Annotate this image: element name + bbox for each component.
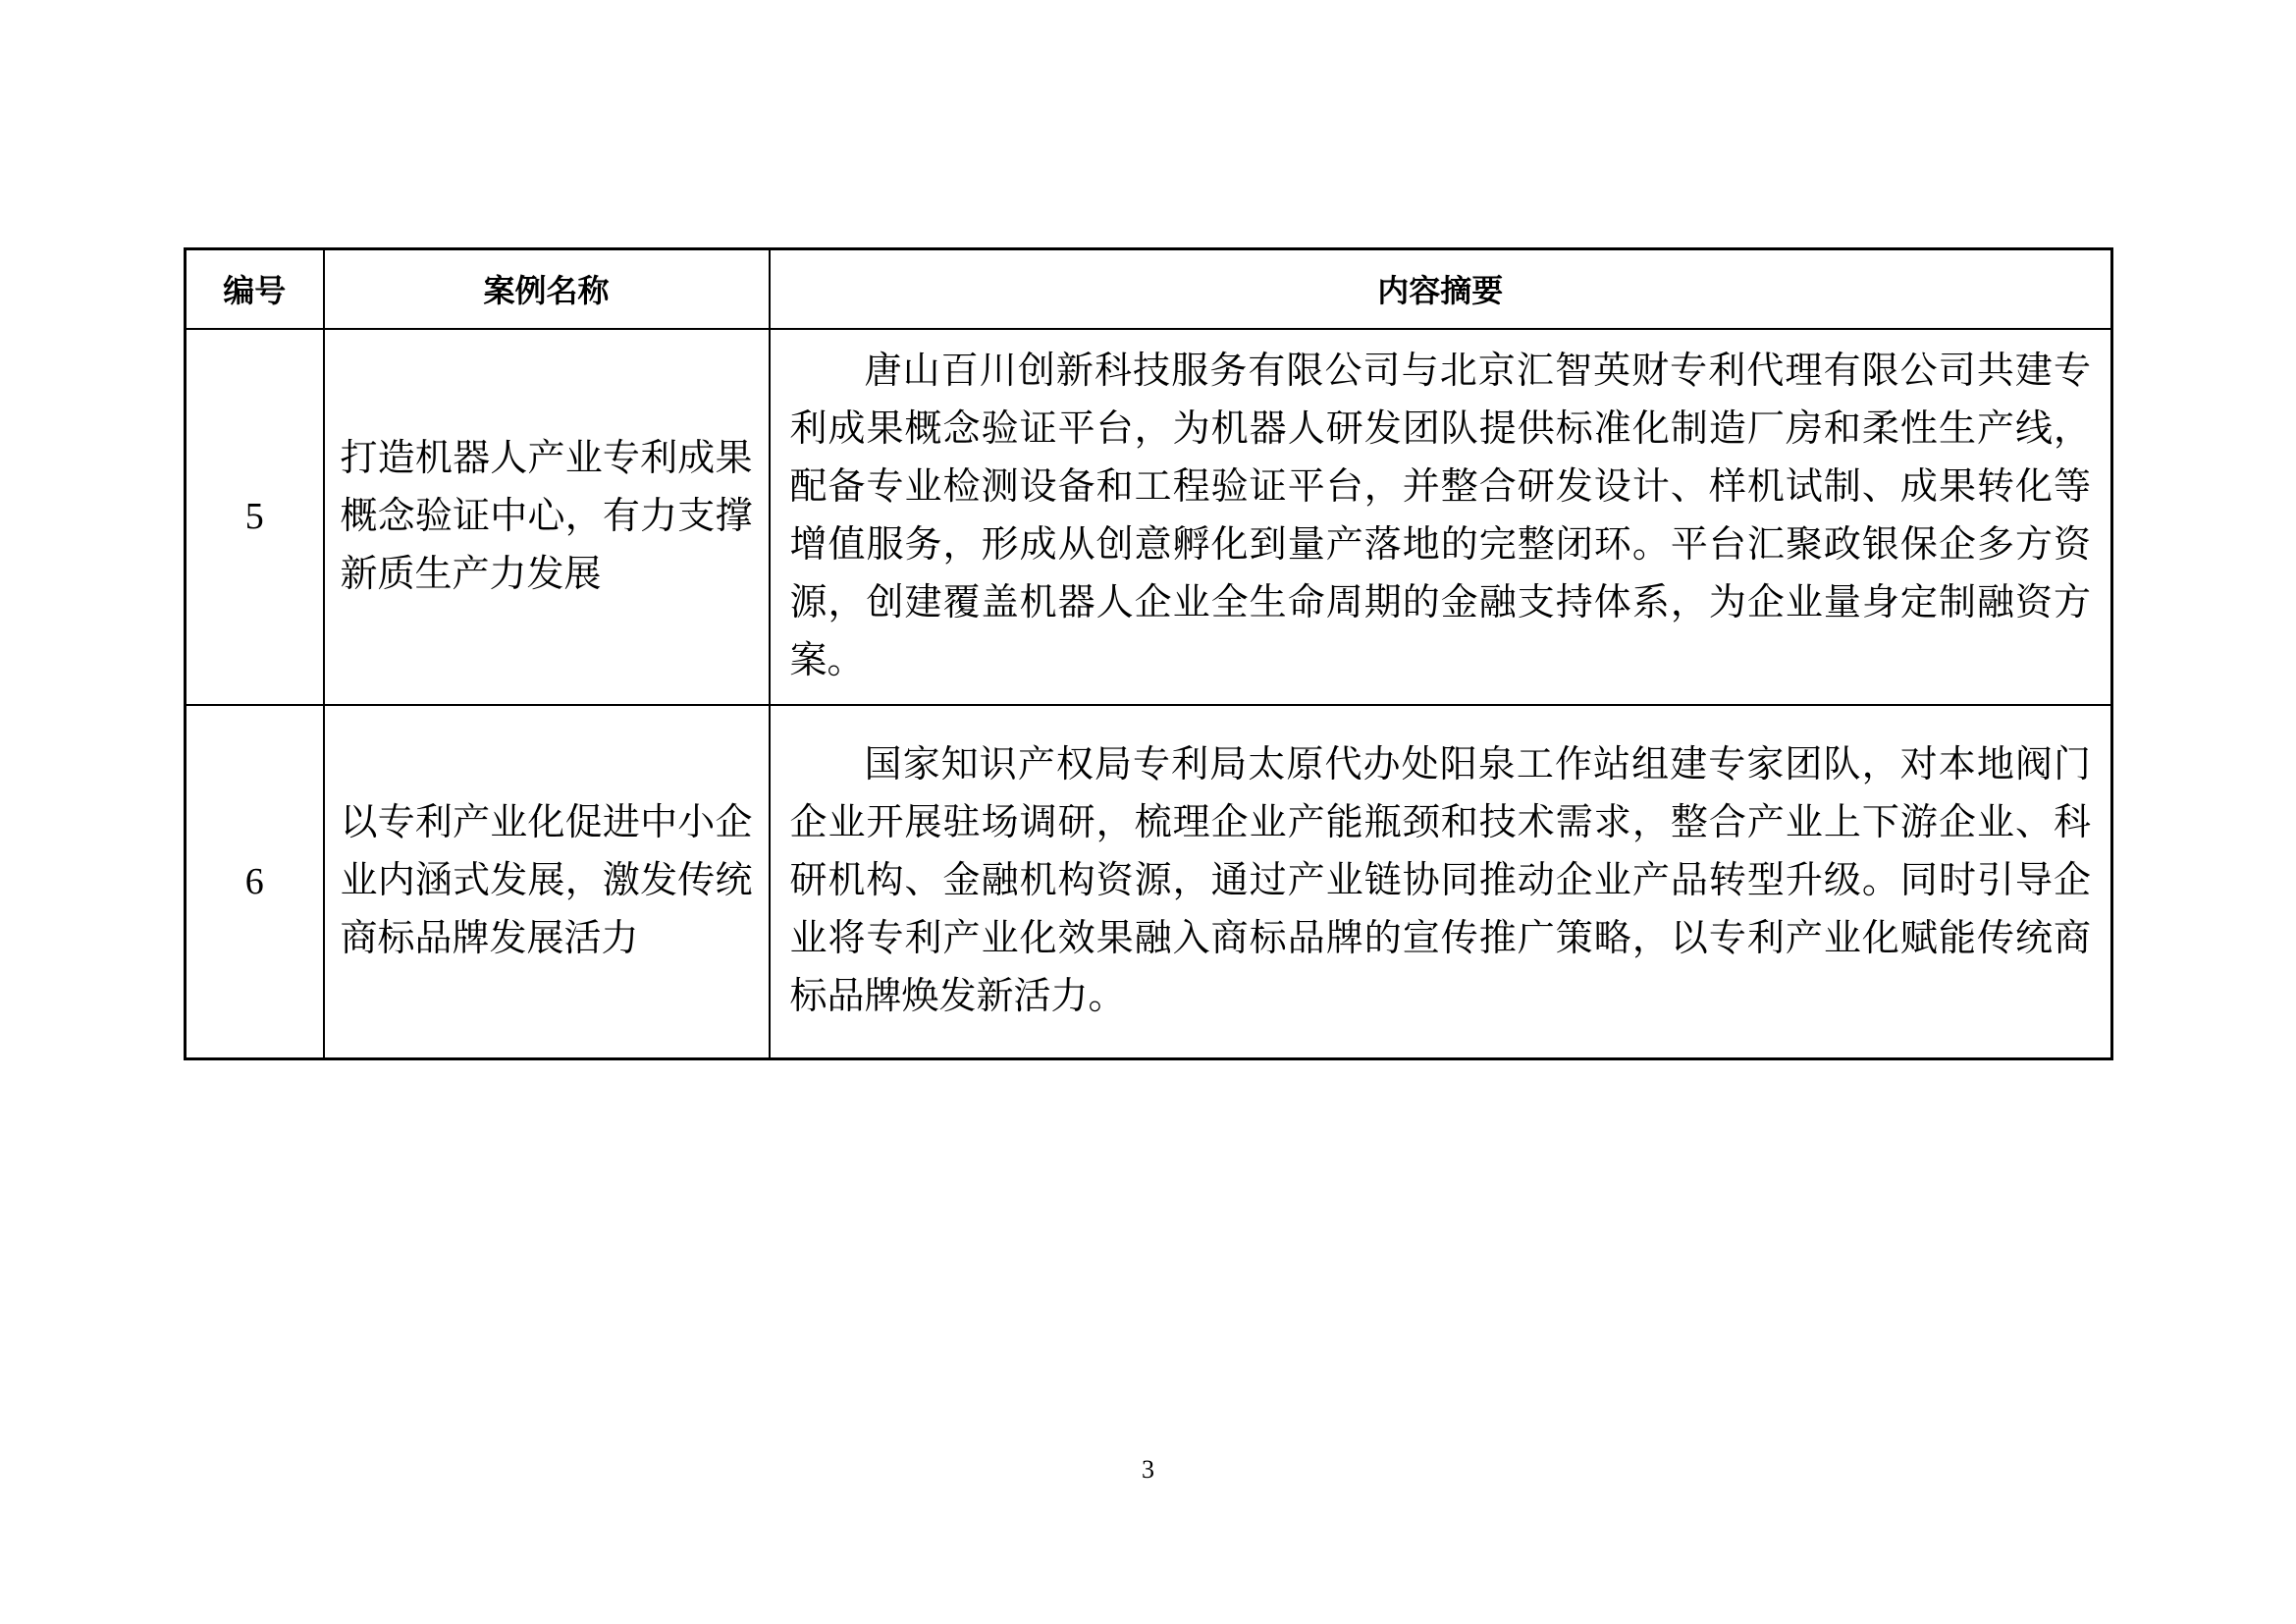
table-row: 5打造机器人产业专利成果概念验证中心，有力支撑新质生产力发展唐山百川创新科技服务… bbox=[186, 329, 2112, 705]
case-name-cell: 打造机器人产业专利成果概念验证中心，有力支撑新质生产力发展 bbox=[324, 329, 770, 705]
column-header-summary: 内容摘要 bbox=[770, 249, 2112, 329]
case-number-cell: 6 bbox=[186, 705, 324, 1059]
case-name-text: 打造机器人产业专利成果概念验证中心，有力支撑新质生产力发展 bbox=[341, 430, 753, 604]
case-table: 编号 案例名称 内容摘要 5打造机器人产业专利成果概念验证中心，有力支撑新质生产… bbox=[184, 247, 2113, 1060]
case-summary-text: 唐山百川创新科技服务有限公司与北京汇智英财专利代理有限公司共建专利成果概念验证平… bbox=[790, 343, 2092, 690]
case-name-text: 以专利产业化促进中小企业内涵式发展，激发传统商标品牌发展活力 bbox=[341, 794, 753, 968]
column-header-number: 编号 bbox=[186, 249, 324, 329]
column-header-case-name: 案例名称 bbox=[324, 249, 770, 329]
table-row: 6以专利产业化促进中小企业内涵式发展，激发传统商标品牌发展活力国家知识产权局专利… bbox=[186, 705, 2112, 1059]
table-header-row: 编号 案例名称 内容摘要 bbox=[186, 249, 2112, 329]
case-number-cell: 5 bbox=[186, 329, 324, 705]
case-table-body: 5打造机器人产业专利成果概念验证中心，有力支撑新质生产力发展唐山百川创新科技服务… bbox=[186, 329, 2112, 1059]
case-summary-cell: 唐山百川创新科技服务有限公司与北京汇智英财专利代理有限公司共建专利成果概念验证平… bbox=[770, 329, 2112, 705]
document-page: 编号 案例名称 内容摘要 5打造机器人产业专利成果概念验证中心，有力支撑新质生产… bbox=[0, 0, 2296, 1624]
page-number: 3 bbox=[0, 1455, 2296, 1485]
case-summary-cell: 国家知识产权局专利局太原代办处阳泉工作站组建专家团队，对本地阀门企业开展驻场调研… bbox=[770, 705, 2112, 1059]
case-name-cell: 以专利产业化促进中小企业内涵式发展，激发传统商标品牌发展活力 bbox=[324, 705, 770, 1059]
case-summary-text: 国家知识产权局专利局太原代办处阳泉工作站组建专家团队，对本地阀门企业开展驻场调研… bbox=[790, 736, 2092, 1026]
